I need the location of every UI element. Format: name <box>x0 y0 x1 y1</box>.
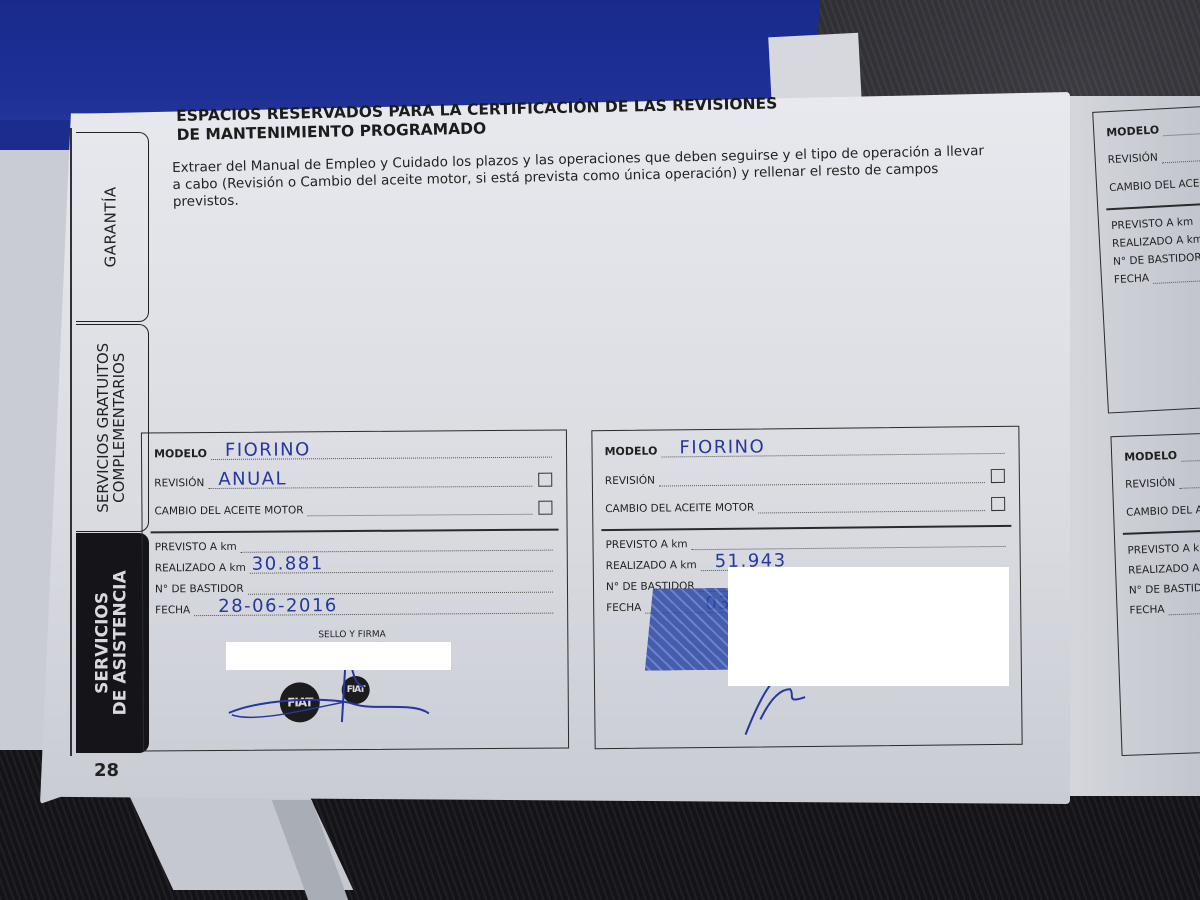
revision-checkbox[interactable] <box>538 473 552 487</box>
realizado-km-label: REALIZADO A km <box>1128 562 1200 577</box>
modelo-value: FIORINO <box>225 439 311 461</box>
tab-servicios-gratuitos-label: SERVICIOS GRATUITOSCOMPLEMENTARIOS <box>96 343 128 513</box>
cambio-aceite-checkbox[interactable] <box>991 497 1005 511</box>
tab-servicios-gratuitos[interactable]: SERVICIOS GRATUITOSCOMPLEMENTARIOS <box>76 324 149 532</box>
revision-value: ANUAL <box>218 468 287 489</box>
revision-label: REVISIÓN <box>605 475 655 488</box>
realizado-km-label: REALIZADO A km <box>606 559 697 572</box>
previsto-km-label: PREVISTO A km <box>1111 216 1194 232</box>
service-form-partial-bottom: MODELO REVISIÓN CAMBIO DEL ACEITE MOTOR … <box>1110 432 1200 756</box>
modelo-label: MODELO <box>154 447 207 460</box>
modelo-label: MODELO <box>1106 123 1160 139</box>
revision-label: REVISIÓN <box>154 477 204 489</box>
modelo-label: MODELO <box>1124 449 1177 464</box>
bastidor-label: N° DE BASTIDOR <box>155 583 244 596</box>
modelo-label: MODELO <box>604 445 657 459</box>
revision-checkbox[interactable] <box>991 469 1005 483</box>
redacted-region <box>226 642 451 670</box>
revision-label: REVISIÓN <box>1107 152 1158 167</box>
fecha-label: FECHA <box>606 602 641 614</box>
revision-label: REVISIÓN <box>1125 477 1175 491</box>
cambio-aceite-checkbox[interactable] <box>538 501 552 515</box>
tab-servicios-asistencia-label: SERVICIOSDE ASISTENCIA <box>94 570 130 715</box>
tab-spine <box>70 128 72 756</box>
tab-servicios-asistencia[interactable]: SERVICIOSDE ASISTENCIA <box>76 533 149 753</box>
tab-garantia[interactable]: GARANTÍA <box>76 132 149 322</box>
bastidor-label: N° DE BASTIDOR <box>1113 251 1200 268</box>
dealer-stamp <box>644 588 735 671</box>
service-form-1: MODELO FIORINO REVISIÓN ANUAL CAMBIO DEL… <box>141 430 569 752</box>
previsto-km-label: PREVISTO A km <box>155 541 237 554</box>
tab-garantia-label: GARANTÍA <box>104 186 120 267</box>
divider <box>601 525 1011 531</box>
sello-firma-label: SELLO Y FIRMA <box>318 630 385 640</box>
service-form-partial-top: MODELO REVISIÓN CAMBIO DEL ACEITE MOTOR … <box>1092 104 1200 413</box>
redacted-region <box>728 567 1009 686</box>
realizado-km-label: REALIZADO A km <box>1112 233 1200 250</box>
cambio-aceite-label: CAMBIO DEL ACEITE MOTOR <box>605 502 754 516</box>
cambio-aceite-label: CAMBIO DEL ACEITE MOTOR <box>1126 502 1200 519</box>
fecha-label: FECHA <box>1114 272 1150 286</box>
fecha-label: FECHA <box>1129 603 1164 616</box>
cambio-aceite-label: CAMBIO DEL ACEITE MOTOR <box>154 504 303 517</box>
page-number: 28 <box>94 760 119 781</box>
fecha-value: 28-06-2016 <box>218 595 338 617</box>
previsto-km-label: PREVISTO A km <box>1127 542 1200 557</box>
previsto-km-label: PREVISTO A km <box>605 538 687 551</box>
bastidor-label: N° DE BASTIDOR <box>1129 582 1200 597</box>
fecha-label: FECHA <box>155 604 190 616</box>
modelo-value: FIORINO <box>679 436 765 458</box>
realizado-km-label: REALIZADO A km <box>155 562 246 575</box>
realizado-km-value: 30.881 <box>252 553 324 575</box>
cambio-aceite-label: CAMBIO DEL ACEITE MOTOR <box>1109 174 1200 194</box>
divider <box>151 529 559 533</box>
